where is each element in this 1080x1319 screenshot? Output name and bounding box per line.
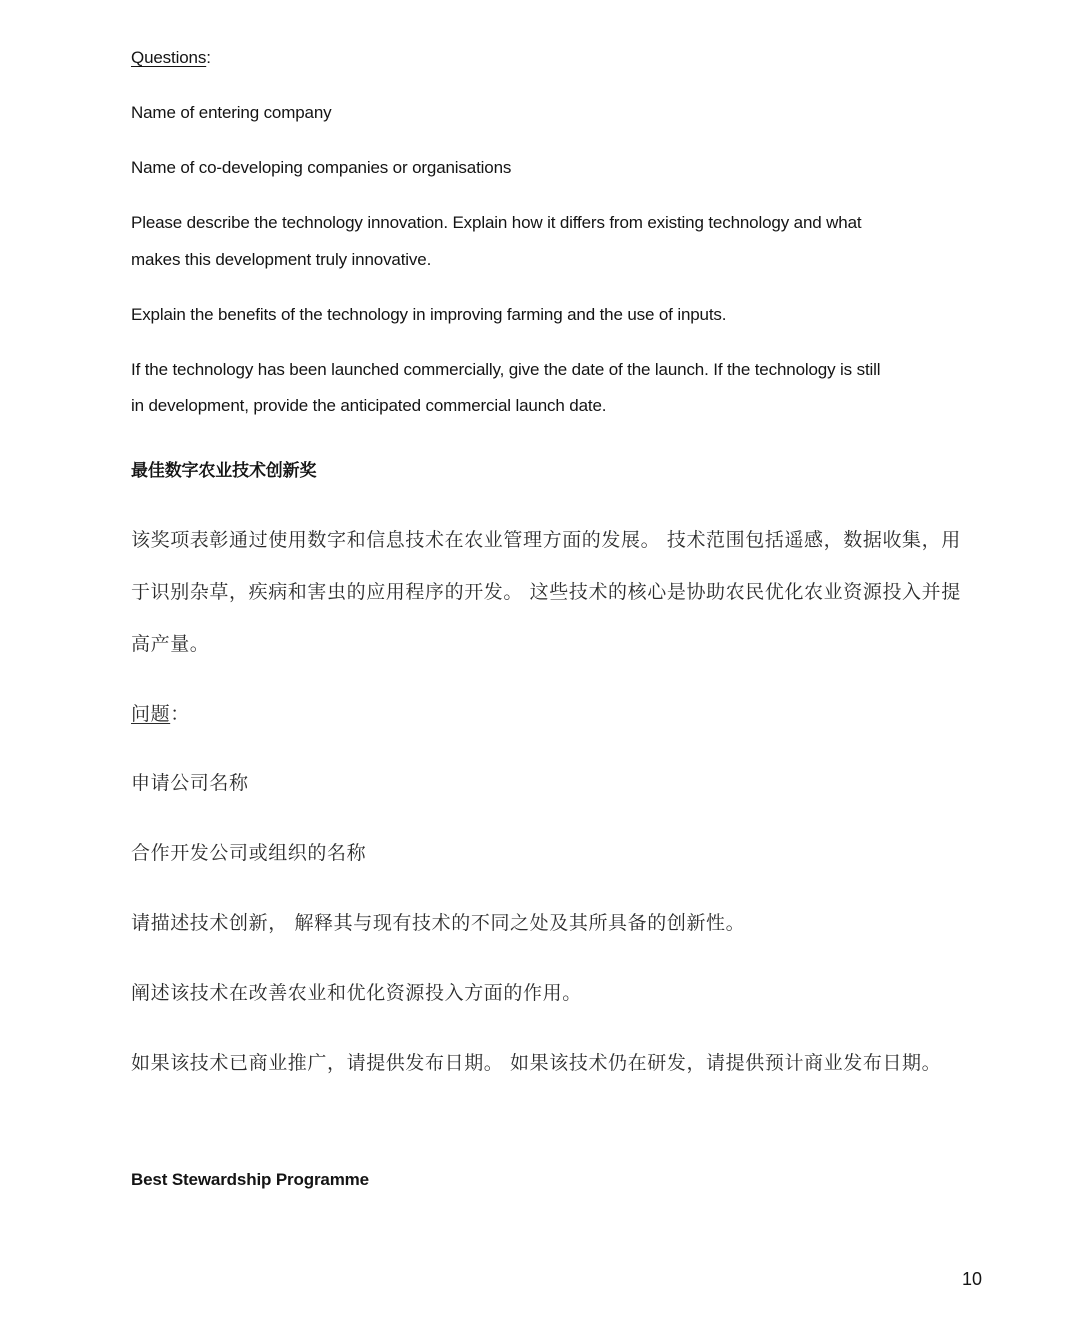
chinese-question-item: 阐述该技术在改善农业和优化资源投入方面的作用。	[131, 978, 582, 1005]
chinese-description-line: 于识别杂草，疾病和害虫的应用程序的开发。 这些技术的核心是协助农民优化农业资源投…	[131, 577, 961, 604]
questions-heading: Questions:	[131, 48, 211, 68]
chinese-description-line: 高产量。	[131, 629, 209, 656]
question-item-continued: makes this development truly innovative.	[131, 250, 431, 270]
question-item: Name of entering company	[131, 103, 332, 123]
chinese-question-item: 合作开发公司或组织的名称	[131, 838, 366, 865]
question-item: Name of co-developing companies or organ…	[131, 158, 511, 178]
next-section-title: Best Stewardship Programme	[131, 1170, 369, 1190]
heading-colon: :	[206, 48, 211, 67]
chinese-question-item: 如果该技术已商业推广，请提供发布日期。 如果该技术仍在研发，请提供预计商业发布日…	[131, 1048, 941, 1075]
chinese-questions-heading: 问题：	[131, 699, 190, 726]
question-item: If the technology has been launched comm…	[131, 360, 880, 380]
question-item-continued: in development, provide the anticipated …	[131, 396, 606, 416]
chinese-description-line: 该奖项表彰通过使用数字和信息技术在农业管理方面的发展。 技术范围包括遥感，数据收…	[131, 525, 961, 552]
page-number: 10	[962, 1269, 982, 1290]
heading-colon: ：	[170, 703, 190, 725]
question-item: Please describe the technology innovatio…	[131, 213, 861, 233]
question-item: Explain the benefits of the technology i…	[131, 305, 726, 325]
chinese-question-item: 请描述技术创新， 解释其与现有技术的不同之处及其所具备的创新性。	[131, 908, 745, 935]
chinese-section-title: 最佳数字农业技术创新奖	[131, 456, 316, 481]
questions-heading-label: Questions	[131, 48, 206, 67]
document-page: Questions: Name of entering company Name…	[0, 0, 1080, 1319]
chinese-question-item: 申请公司名称	[131, 768, 249, 795]
chinese-questions-heading-label: 问题	[131, 703, 170, 725]
